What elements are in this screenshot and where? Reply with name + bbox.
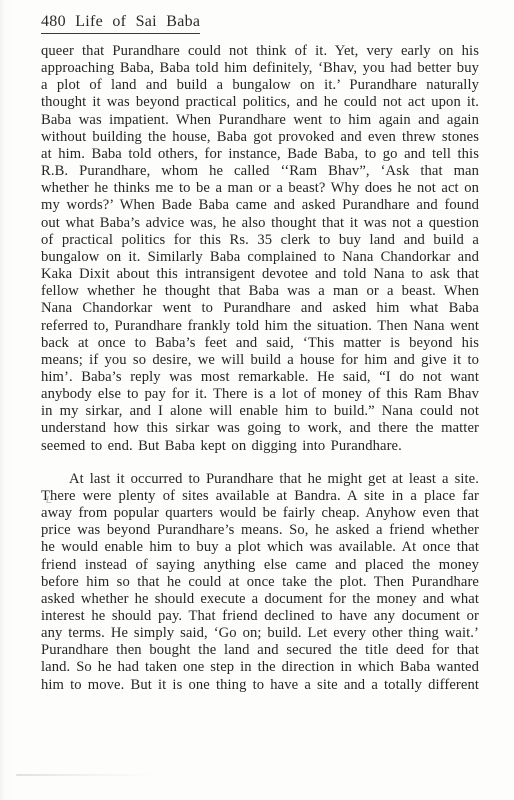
book-page: 480 Life of Sai Baba queer that Purandha… — [0, 0, 514, 800]
page-content: 480 Life of Sai Baba queer that Purandha… — [41, 13, 479, 694]
paragraph-1: queer that Purandhare could not think of… — [41, 43, 479, 455]
body-text: queer that Purandhare could not think of… — [41, 43, 479, 694]
running-header: 480 Life of Sai Baba — [41, 13, 200, 34]
scan-edge-streaks — [0, 0, 14, 800]
scan-artifact-line — [16, 774, 156, 776]
paragraph-2: At last it occurred to Purandhare that h… — [41, 471, 479, 694]
